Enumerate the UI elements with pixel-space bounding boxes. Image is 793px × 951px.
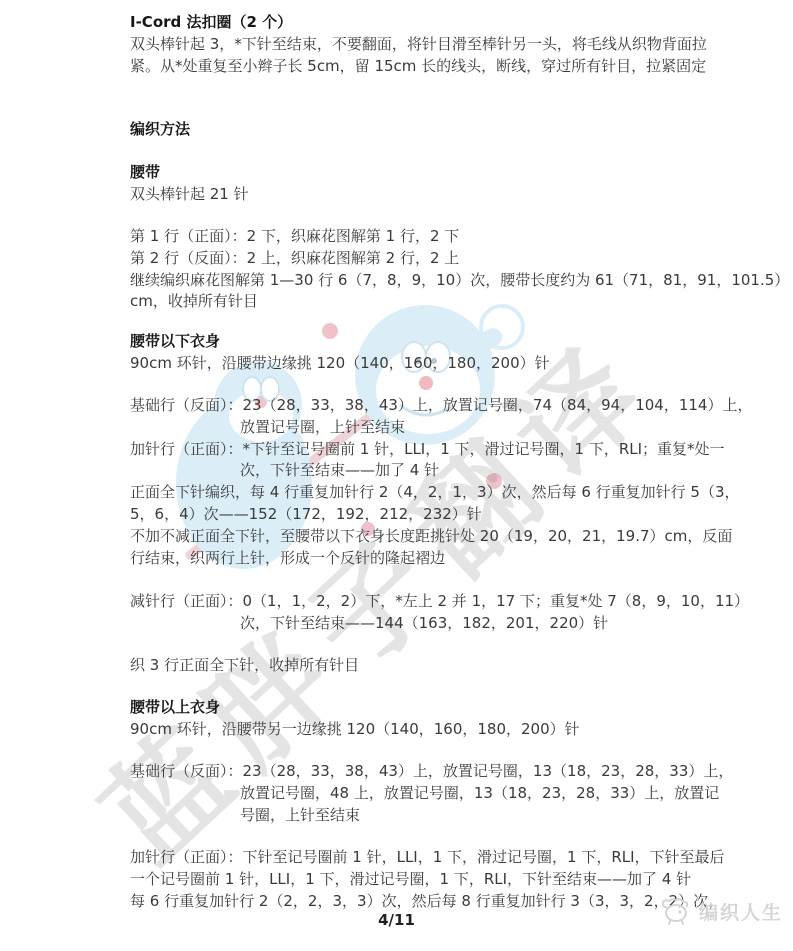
text-line: 继续编织麻花图解第 1—30 行 6（7，8，9，10）次，腰带长度约为 61（…	[130, 270, 789, 292]
text-line: 双头棒针起 21 针	[130, 184, 249, 206]
section-heading: 编织方法	[130, 119, 190, 141]
text-line: 5，6，4）次——152（172，192，212，232）针	[130, 504, 752, 526]
text-line: 基础行（反面）：23（28，33，38，43）上，放置记号圈，74（84，94，…	[130, 395, 752, 417]
paragraph: 第 1 行（正面）：2 下，织麻花图解第 1 行，2 下第 2 行（反面）：2 …	[130, 226, 789, 313]
text-line: 号圈，上针至结束	[130, 805, 733, 827]
text-line: 加针行（正面）：下针至记号圈前 1 针，LLI，1 下，滑过记号圈，1 下，RL…	[130, 847, 725, 869]
text-line: 正面全下针编织，每 4 行重复加针行 2（4，2，1，3）次，然后每 6 行重复…	[130, 482, 752, 504]
text-line: 腰带以上衣身	[130, 697, 220, 719]
paragraph: 双头棒针起 3，*下针至结束，不要翻面，将针目滑至棒针另一头，将毛线从织物背面拉…	[130, 34, 707, 78]
brand-name: 编织人生	[699, 898, 783, 925]
text-line: 腰带以下衣身	[130, 331, 220, 353]
paragraph: 织 3 行正面全下针，收掉所有针目	[130, 655, 359, 677]
text-line: 减针行（正面）：0（1，1，2，2）下，*左上 2 并 1，17 下；重复*处 …	[130, 591, 749, 613]
paragraph: 加针行（正面）：下针至记号圈前 1 针，LLI，1 下，滑过记号圈，1 下，RL…	[130, 847, 725, 891]
text-line: 行结束，织两行上针，形成一个反针的隆起褶边	[130, 548, 752, 570]
text-line: 双头棒针起 3，*下针至结束，不要翻面，将针目滑至棒针另一头，将毛线从织物背面拉	[130, 34, 707, 56]
text-line: 一个记号圈前 1 针，LLI，1 下，滑过记号圈，1 下，RLI，下针至结束——…	[130, 869, 725, 891]
paragraph: 减针行（正面）：0（1，1，2，2）下，*左上 2 并 1，17 下；重复*处 …	[130, 591, 749, 635]
paragraph: 基础行（反面）：23（28，33，38，43）上，放置记号圈，13（18，23，…	[130, 761, 733, 826]
text-line: 放置记号圈，上针至结束	[130, 417, 752, 439]
sheep-icon	[660, 897, 694, 925]
text-line: 90cm 环针，沿腰带另一边缘挑 120（140，160，180，200）针	[130, 719, 580, 741]
text-line: 次，下针至结束——加了 4 针	[130, 460, 752, 482]
text-line: 第 1 行（正面）：2 下，织麻花图解第 1 行，2 下	[130, 226, 789, 248]
text-line: 紧。从*处重复至小辫子长 5cm，留 15cm 长的线头，断线，穿过所有针目，拉…	[130, 56, 707, 78]
section-heading: 腰带	[130, 162, 160, 184]
text-line: 加针行（正面）：*下针至记号圈前 1 针，LLI，1 下，滑过记号圈，1 下，R…	[130, 439, 752, 461]
text-line: 编织方法	[130, 119, 190, 141]
section-heading: 腰带以上衣身	[130, 697, 220, 719]
text-line: 基础行（反面）：23（28，33，38，43）上，放置记号圈，13（18，23，…	[130, 761, 733, 783]
text-line: 腰带	[130, 162, 160, 184]
paragraph: 90cm 环针，沿腰带另一边缘挑 120（140，160，180，200）针	[130, 719, 580, 741]
text-line: 放置记号圈，48 上，放置记号圈，13（18，23，28，33）上，放置记	[130, 783, 733, 805]
text-line: 不加不减正面全下针，至腰带以下衣身长度距挑针处 20（19，20，21，19.7…	[130, 526, 752, 548]
text-line: 每 6 行重复加针行 2（2，2，3，3）次，然后每 8 行重复加针行 3（3，…	[130, 891, 723, 913]
paragraph: 双头棒针起 21 针	[130, 184, 249, 206]
text-line: 第 2 行（反面）：2 上，织麻花图解第 2 行，2 上	[130, 248, 789, 270]
text-line: 次，下针至结束——144（163，182，201，220）针	[130, 613, 749, 635]
text-line: 织 3 行正面全下针，收掉所有针目	[130, 655, 359, 677]
paragraph: 基础行（反面）：23（28，33，38，43）上，放置记号圈，74（84，94，…	[130, 395, 752, 569]
text-line: 90cm 环针，沿腰带边缘挑 120（140，160，180，200）针	[130, 353, 550, 375]
paragraph: 每 6 行重复加针行 2（2，2，3，3）次，然后每 8 行重复加针行 3（3，…	[130, 891, 723, 913]
brand-logo: 编织人生	[660, 897, 783, 925]
text-line: cm，收掉所有针目	[130, 291, 789, 313]
document-page: 蓝胖子翻译 I-Cord 法扣圈（2 个）双头棒针起 3，*下针至结束，不要翻面…	[0, 0, 793, 951]
document-content: I-Cord 法扣圈（2 个）双头棒针起 3，*下针至结束，不要翻面，将针目滑至…	[0, 0, 793, 951]
paragraph: 90cm 环针，沿腰带边缘挑 120（140，160，180，200）针	[130, 353, 550, 375]
section-heading: I-Cord 法扣圈（2 个）	[130, 12, 292, 34]
text-line: I-Cord 法扣圈（2 个）	[130, 12, 292, 34]
section-heading: 腰带以下衣身	[130, 331, 220, 353]
